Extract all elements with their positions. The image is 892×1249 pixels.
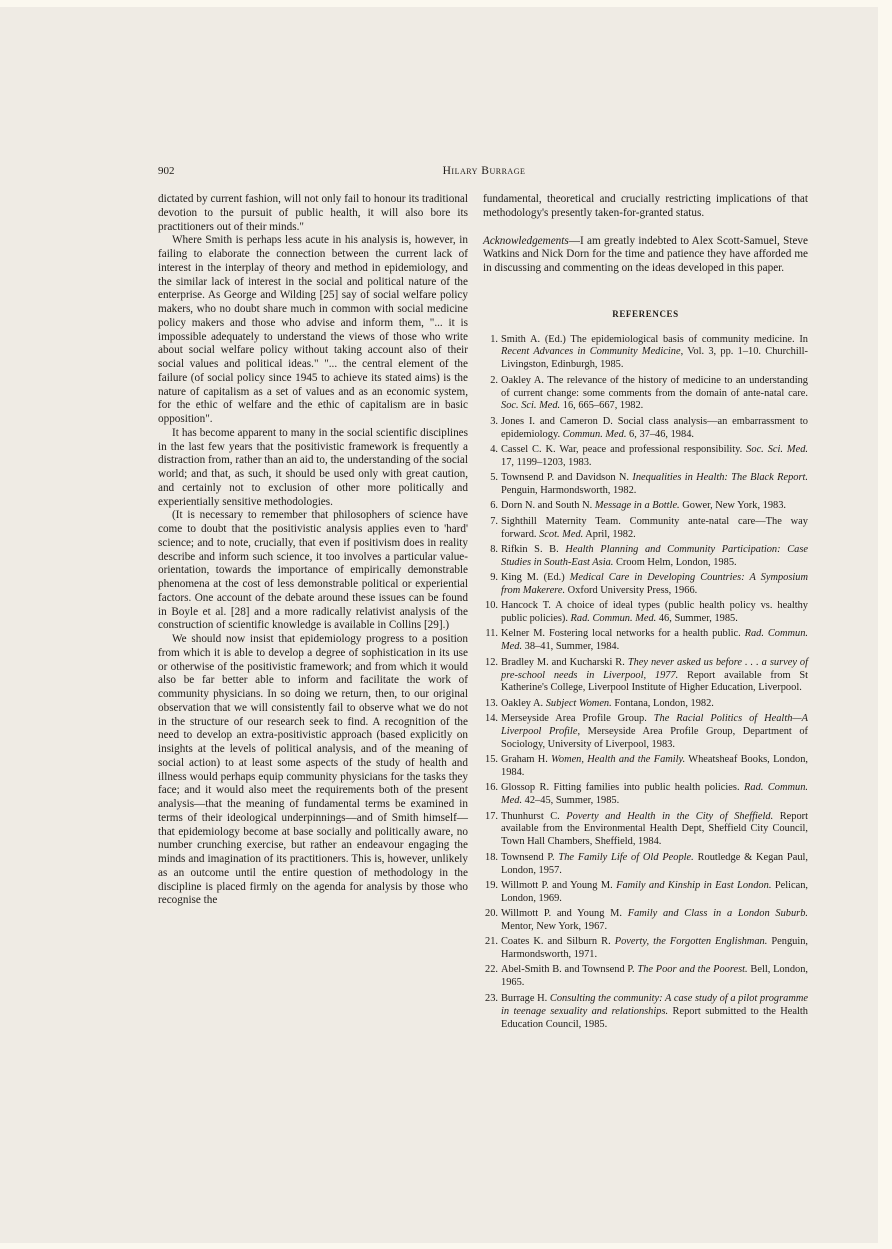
reference-title: Family and Class in a London Suburb. xyxy=(628,908,808,919)
reference-title: Scot. Med. xyxy=(539,529,583,540)
reference-text: Cassel C. K. War, peace and professional… xyxy=(501,444,808,468)
reference-number: 13. xyxy=(483,698,498,711)
reference-title: Soc. Sci. Med. xyxy=(746,444,808,455)
reference-item: 9.King M. (Ed.) Medical Care in Developi… xyxy=(483,572,808,598)
reference-text: Oakley A. The relevance of the history o… xyxy=(501,375,808,412)
reference-text: Hancock T. A choice of ideal types (publ… xyxy=(501,600,808,624)
reference-number: 21. xyxy=(483,936,498,949)
reference-item: 8.Rifkin S. B. Health Planning and Commu… xyxy=(483,544,808,570)
reference-number: 18. xyxy=(483,852,498,865)
reference-text: Smith A. (Ed.) The epidemiological basis… xyxy=(501,334,808,371)
reference-text: Sighthill Maternity Team. Community ante… xyxy=(501,516,808,540)
reference-number: 16. xyxy=(483,782,498,795)
reference-text: Willmott P. and Young M. Family and Clas… xyxy=(501,908,808,932)
references-list: 1.Smith A. (Ed.) The epidemiological bas… xyxy=(483,334,808,1032)
reference-item: 19.Willmott P. and Young M. Family and K… xyxy=(483,880,808,906)
reference-text: Kelner M. Fostering local networks for a… xyxy=(501,628,808,652)
reference-item: 13.Oakley A. Subject Women. Fontana, Lon… xyxy=(483,698,808,711)
acknowledgements-label: Acknowledgements xyxy=(483,235,569,247)
reference-title: Family and Kinship in East London. xyxy=(616,880,771,891)
reference-item: 5.Townsend P. and Davidson N. Inequaliti… xyxy=(483,472,808,498)
reference-title: Commun. Med. xyxy=(563,429,627,440)
reference-text: Townsend P. The Family Life of Old Peopl… xyxy=(501,852,808,876)
reference-number: 5. xyxy=(483,472,498,485)
reference-item: 1.Smith A. (Ed.) The epidemiological bas… xyxy=(483,334,808,373)
body-paragraph: It has become apparent to many in the so… xyxy=(158,427,468,510)
reference-title: Subject Women. xyxy=(546,698,612,709)
reference-title: Recent Advances in Community Medicine xyxy=(501,346,681,357)
reference-title: Women, Health and the Family. xyxy=(551,754,685,765)
reference-item: 2.Oakley A. The relevance of the history… xyxy=(483,375,808,414)
reference-title: Soc. Sci. Med. xyxy=(501,400,560,411)
continuation-paragraph: fundamental, theoretical and crucially r… xyxy=(483,193,808,221)
reference-item: 16.Glossop R. Fitting families into publ… xyxy=(483,782,808,808)
reference-item: 21.Coates K. and Silburn R. Poverty, the… xyxy=(483,936,808,962)
reference-item: 4.Cassel C. K. War, peace and profession… xyxy=(483,444,808,470)
reference-text: Jones I. and Cameron D. Social class ana… xyxy=(501,416,808,440)
reference-number: 7. xyxy=(483,516,498,529)
page-header: 902 Hilary Burrage xyxy=(158,165,810,181)
reference-item: 14.Merseyside Area Profile Group. The Ra… xyxy=(483,713,808,752)
reference-number: 4. xyxy=(483,444,498,457)
reference-item: 23.Burrage H. Consulting the community: … xyxy=(483,993,808,1032)
reference-number: 20. xyxy=(483,908,498,921)
reference-number: 23. xyxy=(483,993,498,1006)
reference-item: 17.Thunhurst C. Poverty and Health in th… xyxy=(483,811,808,850)
reference-number: 15. xyxy=(483,754,498,767)
reference-text: Willmott P. and Young M. Family and Kins… xyxy=(501,880,808,904)
reference-text: Graham H. Women, Health and the Family. … xyxy=(501,754,808,778)
reference-item: 12.Bradley M. and Kucharski R. They neve… xyxy=(483,657,808,696)
reference-text: Townsend P. and Davidson N. Inequalities… xyxy=(501,472,808,496)
reference-number: 22. xyxy=(483,964,498,977)
body-paragraph: dictated by current fashion, will not on… xyxy=(158,193,468,234)
reference-title: Poverty, the Forgotten Englishman. xyxy=(615,936,768,947)
reference-number: 3. xyxy=(483,416,498,429)
reference-item: 10.Hancock T. A choice of ideal types (p… xyxy=(483,600,808,626)
journal-page: 902 Hilary Burrage dictated by current f… xyxy=(0,7,878,1243)
reference-number: 2. xyxy=(483,375,498,388)
body-paragraph: (It is necessary to remember that philos… xyxy=(158,509,468,633)
reference-number: 6. xyxy=(483,500,498,513)
references-heading: REFERENCES xyxy=(483,308,808,322)
reference-title: Message in a Bottle. xyxy=(595,500,680,511)
acknowledgements: Acknowledgements—I am greatly indebted t… xyxy=(483,235,808,276)
reference-text: Oakley A. Subject Women. Fontana, London… xyxy=(501,698,714,709)
reference-item: 18.Townsend P. The Family Life of Old Pe… xyxy=(483,852,808,878)
reference-text: Merseyside Area Profile Group. The Racia… xyxy=(501,713,808,750)
reference-title: Poverty and Health in the City of Sheffi… xyxy=(566,811,773,822)
reference-text: Burrage H. Consulting the community: A c… xyxy=(501,993,808,1030)
left-column: dictated by current fashion, will not on… xyxy=(158,193,468,908)
reference-number: 10. xyxy=(483,600,498,613)
reference-number: 17. xyxy=(483,811,498,824)
reference-item: 20.Willmott P. and Young M. Family and C… xyxy=(483,908,808,934)
running-head: Hilary Burrage xyxy=(158,165,810,177)
reference-text: Glossop R. Fitting families into public … xyxy=(501,782,808,806)
reference-item: 15.Graham H. Women, Health and the Famil… xyxy=(483,754,808,780)
reference-title: The Poor and the Poorest. xyxy=(637,964,747,975)
reference-text: Dorn N. and South N. Message in a Bottle… xyxy=(501,500,786,511)
reference-text: Rifkin S. B. Health Planning and Communi… xyxy=(501,544,808,568)
reference-number: 19. xyxy=(483,880,498,893)
reference-text: Bradley M. and Kucharski R. They never a… xyxy=(501,657,808,694)
right-column: fundamental, theoretical and crucially r… xyxy=(483,193,808,1034)
reference-title: Rad. Commun. Med. xyxy=(571,613,657,624)
body-paragraph: We should now insist that epidemiology p… xyxy=(158,633,468,908)
reference-item: 7.Sighthill Maternity Team. Community an… xyxy=(483,516,808,542)
reference-number: 12. xyxy=(483,657,498,670)
reference-text: King M. (Ed.) Medical Care in Developing… xyxy=(501,572,808,596)
reference-title: Inequalities in Health: The Black Report… xyxy=(632,472,808,483)
reference-number: 14. xyxy=(483,713,498,726)
reference-number: 11. xyxy=(483,628,498,641)
reference-item: 11.Kelner M. Fostering local networks fo… xyxy=(483,628,808,654)
reference-number: 9. xyxy=(483,572,498,585)
reference-item: 3.Jones I. and Cameron D. Social class a… xyxy=(483,416,808,442)
reference-title: The Family Life of Old People. xyxy=(558,852,693,863)
body-paragraph: Where Smith is perhaps less acute in his… xyxy=(158,234,468,427)
reference-text: Abel-Smith B. and Townsend P. The Poor a… xyxy=(501,964,808,988)
reference-item: 6.Dorn N. and South N. Message in a Bott… xyxy=(483,500,808,513)
reference-text: Thunhurst C. Poverty and Health in the C… xyxy=(501,811,808,848)
reference-number: 1. xyxy=(483,334,498,347)
reference-number: 8. xyxy=(483,544,498,557)
reference-item: 22.Abel-Smith B. and Townsend P. The Poo… xyxy=(483,964,808,990)
reference-text: Coates K. and Silburn R. Poverty, the Fo… xyxy=(501,936,808,960)
